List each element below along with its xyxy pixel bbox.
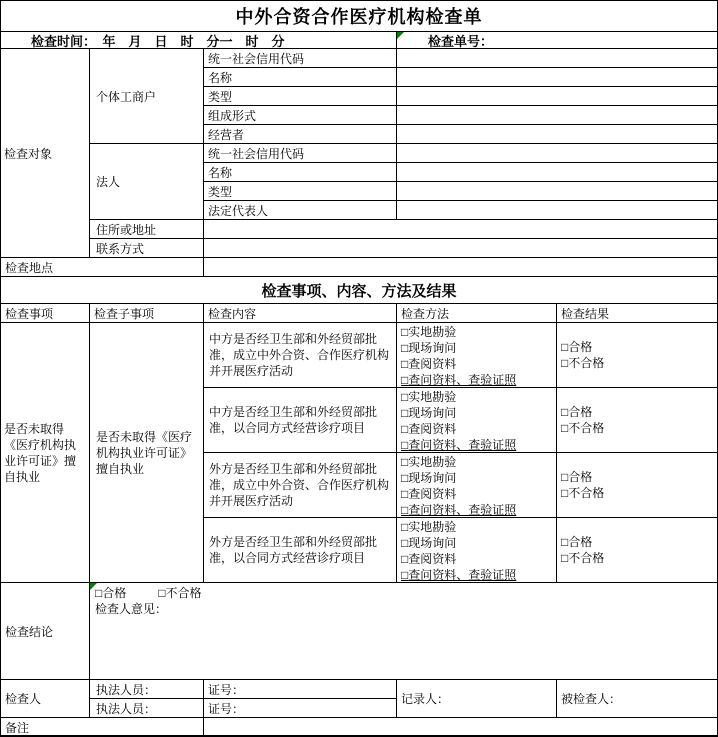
inspection-content-text: 中方是否经卫生部和外经贸部批准，成立中外合资、合作医疗机构并开展医疗活动 (209, 331, 391, 379)
method-option-label: 查问资料、查验证照 (408, 568, 516, 582)
subject-label: 检查对象 (0, 48, 90, 258)
result-option-label: 不合格 (568, 486, 604, 500)
result-option[interactable]: □合格 (561, 404, 717, 420)
method-option-label: 现场询问 (408, 536, 456, 550)
inspection-method-cell: □实地勘验 □现场询问 □查阅资料 □查问资料、查验证照 (396, 322, 557, 388)
inspection-content-text: 外方是否经卫生部和外经贸部批准，以合同方式经营诊疗项目 (209, 534, 391, 566)
method-option-label: 查问资料、查验证照 (408, 373, 516, 387)
contact-label: 联系方式 (89, 238, 204, 258)
inspection-item-cell: 是否未取得《医疗机构执业许可证》擅自执业 (0, 322, 90, 583)
inspection-subitem-cell: 是否未取得《医疗机构执业许可证》擅自执业 (89, 322, 204, 583)
method-option[interactable]: □查阅资料 (401, 486, 556, 502)
conclusion-value-cell[interactable]: □合格 □不合格 检查人意见： (89, 582, 718, 680)
method-option[interactable]: □实地勘验 (401, 454, 556, 470)
method-option[interactable]: □查问资料、查验证照 (401, 567, 556, 583)
result-option-label: 不合格 (568, 356, 604, 370)
location-label: 检查地点 (0, 257, 204, 277)
result-option-label: 合格 (568, 340, 592, 354)
column-header-result: 检查结果 (556, 303, 718, 323)
method-option[interactable]: □查问资料、查验证照 (401, 437, 556, 453)
officer-field[interactable]: 执法人员： (89, 679, 204, 699)
inspected-person-field[interactable]: 被检查人： (556, 679, 718, 718)
address-label: 住所或地址 (89, 219, 204, 239)
inspection-content-cell: 外方是否经卫生部和外经贸部批准，成立中外合资、合作医疗机构并开展医疗活动 (203, 452, 397, 518)
subject-group-individual-label: 个体工商户 (89, 48, 204, 144)
inspection-content-cell: 外方是否经卫生部和外经贸部批准，以合同方式经营诊疗项目 (203, 517, 397, 583)
result-option[interactable]: □不合格 (561, 485, 717, 501)
method-option[interactable]: □查阅资料 (401, 421, 556, 437)
method-option-label: 查阅资料 (408, 357, 456, 371)
subject-group-legal-person-label: 法人 (89, 143, 204, 220)
inspection-item-text: 是否未取得《医疗机构执业许可证》擅自执业 (4, 421, 86, 485)
inspection-content-text: 外方是否经卫生部和外经贸部批准，成立中外合资、合作医疗机构并开展医疗活动 (209, 461, 391, 509)
method-option[interactable]: □查阅资料 (401, 551, 556, 567)
column-header-subitem: 检查子事项 (89, 303, 204, 323)
inspection-time-field[interactable]: 检查时间： 年 月 日 时 分一 时 分 (0, 31, 397, 49)
field-label: 组成形式 (203, 105, 397, 125)
method-option-label: 现场询问 (408, 471, 456, 485)
checkbox-icon: □ (158, 586, 165, 600)
result-option[interactable]: □合格 (561, 534, 717, 550)
inspection-content-text: 中方是否经卫生部和外经贸部批准，以合同方式经营诊疗项目 (209, 404, 391, 436)
remarks-value-cell[interactable] (203, 717, 718, 737)
column-header-item: 检查事项 (0, 303, 90, 323)
contact-value-cell[interactable] (203, 238, 718, 258)
result-option[interactable]: □不合格 (561, 355, 717, 371)
remarks-label: 备注 (0, 717, 204, 737)
field-value-cell[interactable] (396, 105, 718, 125)
inspection-method-cell: □实地勘验 □现场询问 □查阅资料 □查问资料、查验证照 (396, 452, 557, 518)
field-value-cell[interactable] (396, 181, 718, 201)
result-option-label: 不合格 (568, 421, 604, 435)
section-title: 检查事项、内容、方法及结果 (0, 276, 718, 304)
result-option[interactable]: □不合格 (561, 420, 717, 436)
field-value-cell[interactable] (396, 86, 718, 106)
conclusion-option[interactable]: □不合格 (158, 585, 201, 601)
method-option[interactable]: □现场询问 (401, 470, 556, 486)
inspection-method-cell: □实地勘验 □现场询问 □查阅资料 □查问资料、查验证照 (396, 387, 557, 453)
location-value-cell[interactable] (203, 257, 718, 277)
method-option-label: 实地勘验 (408, 455, 456, 469)
field-label: 类型 (203, 86, 397, 106)
field-value-cell[interactable] (396, 67, 718, 87)
cert-number-field[interactable]: 证号： (203, 679, 397, 699)
method-option[interactable]: □现场询问 (401, 340, 556, 356)
method-option-label: 查阅资料 (408, 487, 456, 501)
inspection-result-cell: □合格 □不合格 (556, 517, 718, 583)
method-option[interactable]: □查问资料、查验证照 (401, 502, 556, 518)
inspection-result-cell: □合格 □不合格 (556, 322, 718, 388)
result-option[interactable]: □合格 (561, 469, 717, 485)
result-option[interactable]: □合格 (561, 339, 717, 355)
recorder-field[interactable]: 记录人： (396, 679, 557, 718)
method-option[interactable]: □现场询问 (401, 405, 556, 421)
result-option[interactable]: □不合格 (561, 550, 717, 566)
inspection-form-sheet: 中外合资合作医疗机构检查单 检查时间： 年 月 日 时 分一 时 分 检查单号：… (0, 0, 718, 737)
field-value-cell[interactable] (396, 143, 718, 163)
field-label: 名称 (203, 162, 397, 182)
method-option-label: 实地勘验 (408, 520, 456, 534)
method-option-label: 查阅资料 (408, 422, 456, 436)
field-label: 经营者 (203, 124, 397, 144)
method-option-label: 现场询问 (408, 406, 456, 420)
inspection-content-cell: 中方是否经卫生部和外经贸部批准，以合同方式经营诊疗项目 (203, 387, 397, 453)
method-option[interactable]: □实地勘验 (401, 324, 556, 340)
column-header-content: 检查内容 (203, 303, 397, 323)
method-option-label: 实地勘验 (408, 325, 456, 339)
conclusion-option-label: 不合格 (166, 586, 202, 600)
column-header-method: 检查方法 (396, 303, 557, 323)
inspector-opinion-label: 检查人意见： (95, 601, 717, 617)
field-value-cell[interactable] (396, 124, 718, 144)
field-label: 名称 (203, 67, 397, 87)
field-value-cell[interactable] (396, 48, 718, 68)
cert-number-field[interactable]: 证号： (203, 698, 397, 718)
cell-error-marker-icon (90, 583, 97, 590)
result-option-label: 合格 (568, 405, 592, 419)
field-value-cell[interactable] (396, 200, 718, 220)
inspection-subitem-text: 是否未取得《医疗机构执业许可证》擅自执业 (96, 429, 197, 477)
method-option[interactable]: □现场询问 (401, 535, 556, 551)
method-option-label: 查阅资料 (408, 552, 456, 566)
field-label: 统一社会信用代码 (203, 48, 397, 68)
field-label: 类型 (203, 181, 397, 201)
result-option-label: 合格 (568, 470, 592, 484)
method-option[interactable]: □实地勘验 (401, 389, 556, 405)
method-option-label: 查问资料、查验证照 (408, 438, 516, 452)
method-option[interactable]: □查阅资料 (401, 356, 556, 372)
method-option-label: 现场询问 (408, 341, 456, 355)
result-option-label: 合格 (568, 535, 592, 549)
form-number-field[interactable]: 检查单号： (396, 31, 718, 49)
field-label: 统一社会信用代码 (203, 143, 397, 163)
conclusion-label: 检查结论 (0, 582, 90, 680)
field-label: 法定代表人 (203, 200, 397, 220)
method-option[interactable]: □实地勘验 (401, 519, 556, 535)
result-option-label: 不合格 (568, 551, 604, 565)
method-option-label: 查问资料、查验证照 (408, 503, 516, 517)
address-value-cell[interactable] (203, 219, 718, 239)
cell-error-marker-icon (397, 32, 404, 39)
inspection-content-cell: 中方是否经卫生部和外经贸部批准，成立中外合资、合作医疗机构并开展医疗活动 (203, 322, 397, 388)
field-value-cell[interactable] (396, 162, 718, 182)
inspection-result-cell: □合格 □不合格 (556, 452, 718, 518)
method-option[interactable]: □查问资料、查验证照 (401, 372, 556, 388)
conclusion-option-label: 合格 (102, 586, 126, 600)
conclusion-option[interactable]: □合格 (95, 585, 126, 601)
method-option-label: 实地勘验 (408, 390, 456, 404)
inspection-result-cell: □合格 □不合格 (556, 387, 718, 453)
officer-field[interactable]: 执法人员： (89, 698, 204, 718)
inspector-label: 检查人 (0, 679, 90, 718)
inspection-method-cell: □实地勘验 □现场询问 □查阅资料 □查问资料、查验证照 (396, 517, 557, 583)
form-title: 中外合资合作医疗机构检查单 (0, 0, 718, 32)
